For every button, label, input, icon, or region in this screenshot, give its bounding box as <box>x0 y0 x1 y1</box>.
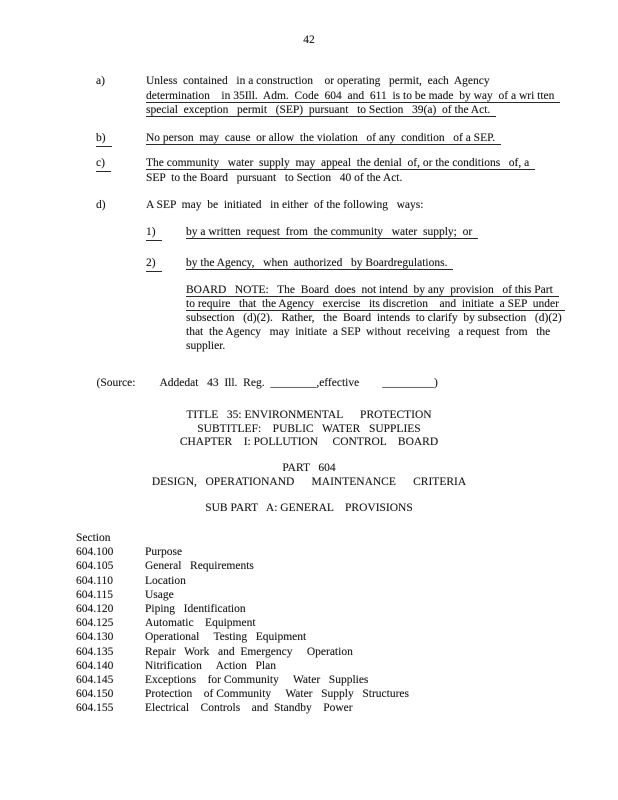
subpart-heading: SUB PART A: GENERAL PROVISIONS <box>0 502 618 516</box>
section-number: 604.155 <box>76 701 145 715</box>
board-note: BOARD NOTE: The Board does not intend by… <box>186 283 565 353</box>
paragraph-d1-label: 1) <box>146 225 162 241</box>
text-line: determination in 35Ill. Adm. Code 604 an… <box>146 90 560 103</box>
section-row: 604.130 Operational Testing Equipment <box>76 630 409 644</box>
paragraph-d1-text: by a written request from the community … <box>186 225 478 240</box>
section-title: Usage <box>145 588 174 602</box>
section-row: 604.110 Location <box>76 574 409 588</box>
section-title: Operational Testing Equipment <box>145 630 306 644</box>
text-line: that the Agency may initiate a SEP witho… <box>186 326 550 338</box>
section-title: General Requirements <box>145 559 254 573</box>
part-block: PART 604 DESIGN, OPERATIONAND MAINTENANC… <box>0 462 618 489</box>
section-number: 604.120 <box>76 602 145 616</box>
section-number: 604.150 <box>76 687 145 701</box>
section-row: 604.100 Purpose <box>76 545 409 559</box>
text-line: A SEP may be initiated in either of the … <box>146 199 423 211</box>
section-title: Nitrification Action Plan <box>145 659 276 673</box>
section-number: 604.105 <box>76 559 145 573</box>
section-title: Electrical Controls and Standby Power <box>145 701 353 715</box>
part-title-line: DESIGN, OPERATIONAND MAINTENANCE CRITERI… <box>0 476 618 490</box>
text-line: The community water supply may appeal th… <box>146 157 535 170</box>
text-line: by the Agency, when authorized by Boardr… <box>186 257 453 270</box>
section-row: 604.150 Protection of Community Water Su… <box>76 687 409 701</box>
title-block: TITLE 35: ENVIRONMENTAL PROTECTION SUBTI… <box>0 409 618 450</box>
page-number-text: 42 <box>303 34 315 46</box>
section-row: 604.105 General Requirements <box>76 559 409 573</box>
chapter-line: CHAPTER I: POLLUTION CONTROL BOARD <box>0 436 618 450</box>
paragraph-c-label: c) <box>96 156 111 172</box>
section-row: 604.125 Automatic Equipment <box>76 616 409 630</box>
text-line: by a written request from the community … <box>186 226 478 239</box>
paragraph-d2-text: by the Agency, when authorized by Boardr… <box>186 256 453 271</box>
text-line: subsection (d)(2). Rather, the Board int… <box>186 312 562 324</box>
text-line: to require that the Agency exercise its … <box>186 298 565 311</box>
text-line: SEP to the Board pursuant to Section 40 … <box>146 172 402 184</box>
paragraph-a-text: Unless contained in a construction or op… <box>146 74 560 118</box>
page-number: 42 <box>0 34 618 46</box>
text-line: special exception permit (SEP) pursuant … <box>146 104 496 117</box>
section-number: 604.115 <box>76 588 145 602</box>
source-text: Addedat 43 Ill. Reg. ________,effective … <box>160 377 438 389</box>
section-title: Automatic Equipment <box>145 616 256 630</box>
section-row: 604.155 Electrical Controls and Standby … <box>76 701 409 715</box>
paragraph-b-label: b) <box>96 131 112 147</box>
text-line: No person may cause or allow the violati… <box>146 132 501 145</box>
text-line: Unless contained in a construction or op… <box>146 75 490 87</box>
section-list-header: Section <box>76 531 409 545</box>
source-line: (Source:Addedat 43 Ill. Reg. ________,ef… <box>85 361 438 405</box>
section-number: 604.125 <box>76 616 145 630</box>
section-row: 604.140 Nitrification Action Plan <box>76 659 409 673</box>
section-row: 604.135 Repair Work and Emergency Operat… <box>76 645 409 659</box>
section-block: Section 604.100 Purpose 604.105 General … <box>76 531 409 716</box>
source-label: (Source: <box>97 376 160 391</box>
subtitle-line: SUBTITLEF: PUBLIC WATER SUPPLIES <box>0 423 618 437</box>
paragraph-a-label: a) <box>96 74 105 89</box>
section-number: 604.130 <box>76 630 145 644</box>
section-title: Location <box>145 574 186 588</box>
paragraph-d2-label: 2) <box>146 256 162 272</box>
paragraph-c-text: The community water supply may appeal th… <box>146 156 535 185</box>
section-title: Exceptions for Community Water Supplies <box>145 673 368 687</box>
section-title: Protection of Community Water Supply Str… <box>145 687 409 701</box>
section-number: 604.140 <box>76 659 145 673</box>
section-title: Repair Work and Emergency Operation <box>145 645 353 659</box>
section-number: 604.135 <box>76 645 145 659</box>
paragraph-b-text: No person may cause or allow the violati… <box>146 131 501 146</box>
document-page: 42 a) Unless contained in a construction… <box>0 0 618 800</box>
section-number: 604.100 <box>76 545 145 559</box>
title-line: TITLE 35: ENVIRONMENTAL PROTECTION <box>0 409 618 423</box>
text-line: BOARD NOTE: The Board does not intend by… <box>186 284 559 297</box>
paragraph-d-label: d) <box>96 198 106 213</box>
section-row: 604.145 Exceptions for Community Water S… <box>76 673 409 687</box>
section-row: 604.115 Usage <box>76 588 409 602</box>
section-title: Piping Identification <box>145 602 246 616</box>
section-row: 604.120 Piping Identification <box>76 602 409 616</box>
section-number: 604.110 <box>76 574 145 588</box>
paragraph-d-text: A SEP may be initiated in either of the … <box>146 198 423 213</box>
part-number-line: PART 604 <box>0 462 618 476</box>
section-list: 604.100 Purpose 604.105 General Requirem… <box>76 545 409 715</box>
section-title: Purpose <box>145 545 182 559</box>
section-number: 604.145 <box>76 673 145 687</box>
text-line: supplier. <box>186 340 225 352</box>
